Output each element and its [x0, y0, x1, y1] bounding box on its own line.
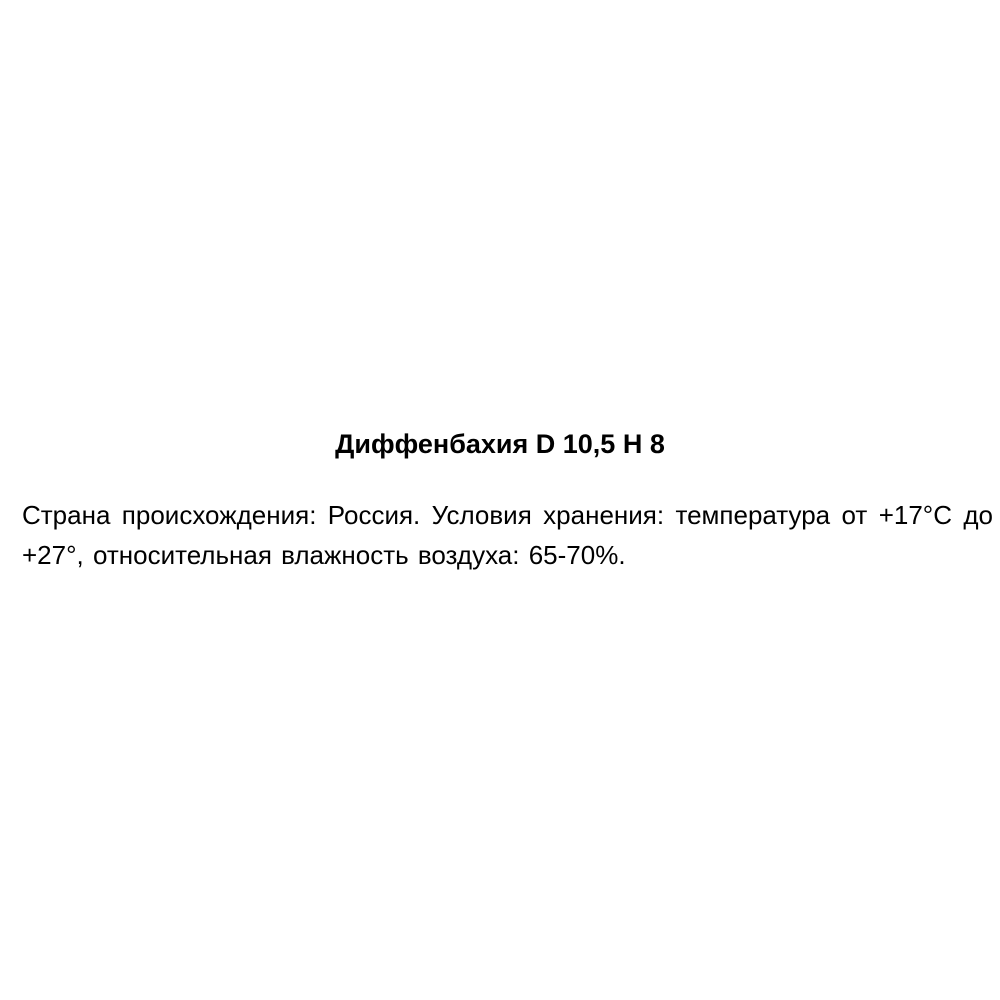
product-description: Страна происхождения: Россия. Условия хр…	[22, 495, 993, 575]
product-title: Диффенбахия D 10,5 H 8	[0, 426, 1000, 462]
